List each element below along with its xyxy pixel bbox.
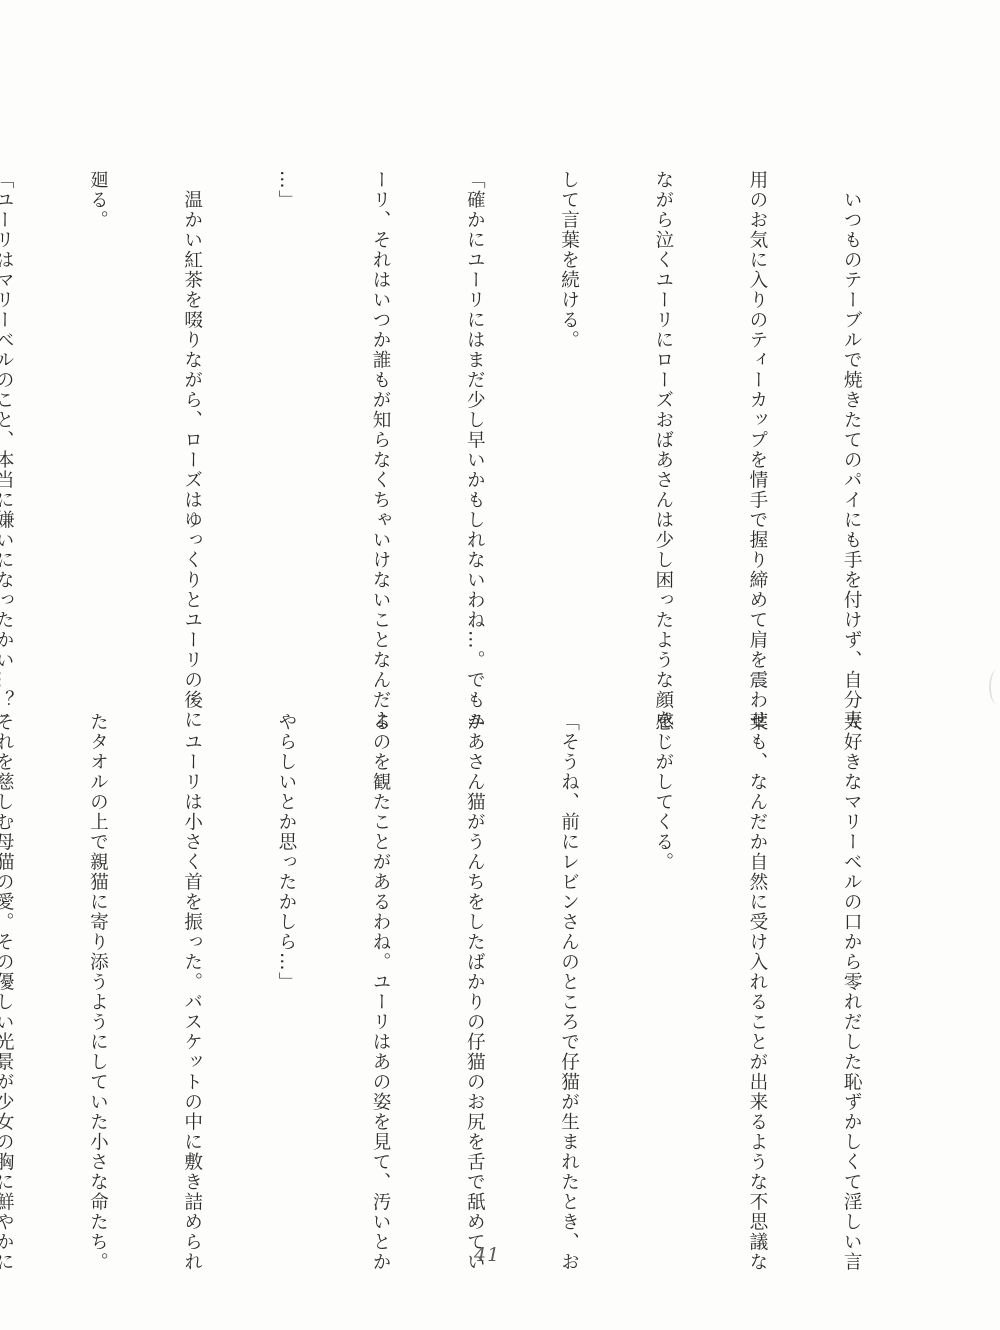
- text-column: やらしいとか思ったかしら…」: [270, 712, 301, 1192]
- text-block-lower: 大好きなマリーベルの口から零れだした恥ずかしくて淫しい言 葉も、なんだか自然に受…: [0, 712, 930, 1192]
- text-column: それを慈しむ母猫の愛。その優しい光景が少女の胸に鮮やかに: [0, 712, 19, 1192]
- text-block-upper: いつものテーブルで焼きたてのパイにも手を付けず、自分専 用のお気に入りのティーカ…: [0, 170, 930, 650]
- text-column: して言葉を続ける。: [553, 170, 584, 650]
- text-column: たタオルの上で親猫に寄り添うようにしていた小さな命たち。: [82, 712, 113, 1192]
- text-column: …」: [270, 170, 301, 650]
- text-column: ユーリは小さく首を振った。バスケットの中に敷き詰められ: [176, 712, 207, 1192]
- text-column: 「そうね、前にレビンさんのところで仔猫が生まれたとき、お: [553, 712, 584, 1192]
- text-column: 「確かにユーリにはまだ少し早いかもしれないわね…。でもユ: [459, 170, 490, 650]
- text-column: 用のお気に入りのティーカップを情手で握り締めて肩を震わせ: [742, 170, 773, 650]
- document-page: いつものテーブルで焼きたてのパイにも手を付けず、自分専 用のお気に入りのティーカ…: [0, 0, 1000, 1330]
- text-column: 大好きなマリーベルの口から零れだした恥ずかしくて淫しい言: [836, 712, 867, 1192]
- page-number: 41: [474, 1244, 500, 1266]
- scan-edge-mark: [989, 670, 1000, 704]
- text-column: ながら泣くユーリにローズおばあさんは少し困ったような顔を: [647, 170, 678, 650]
- text-column: 感じがしてくる。: [647, 712, 678, 1192]
- text-column: ーリ、それはいつか誰もが知らなくちゃいけないことなんだよ: [365, 170, 396, 650]
- text-column: るのを観たことがあるわね。ユーリはあの姿を見て、汚いとか: [365, 712, 396, 1192]
- text-column: 「ユーリはマリーベルのこと、本当に嫌いになったかい…？」: [0, 170, 19, 650]
- text-column: いつものテーブルで焼きたてのパイにも手を付けず、自分専: [836, 170, 867, 650]
- text-column: 廻る。: [82, 170, 113, 650]
- text-column: かあさん猫がうんちをしたばかりの仔猫のお尻を舌で舐めてい: [459, 712, 490, 1192]
- text-column: 温かい紅茶を啜りながら、ローズはゆっくりとユーリの後に: [176, 170, 207, 650]
- text-column: 葉も、なんだか自然に受け入れることが出来るような不思議な: [742, 712, 773, 1192]
